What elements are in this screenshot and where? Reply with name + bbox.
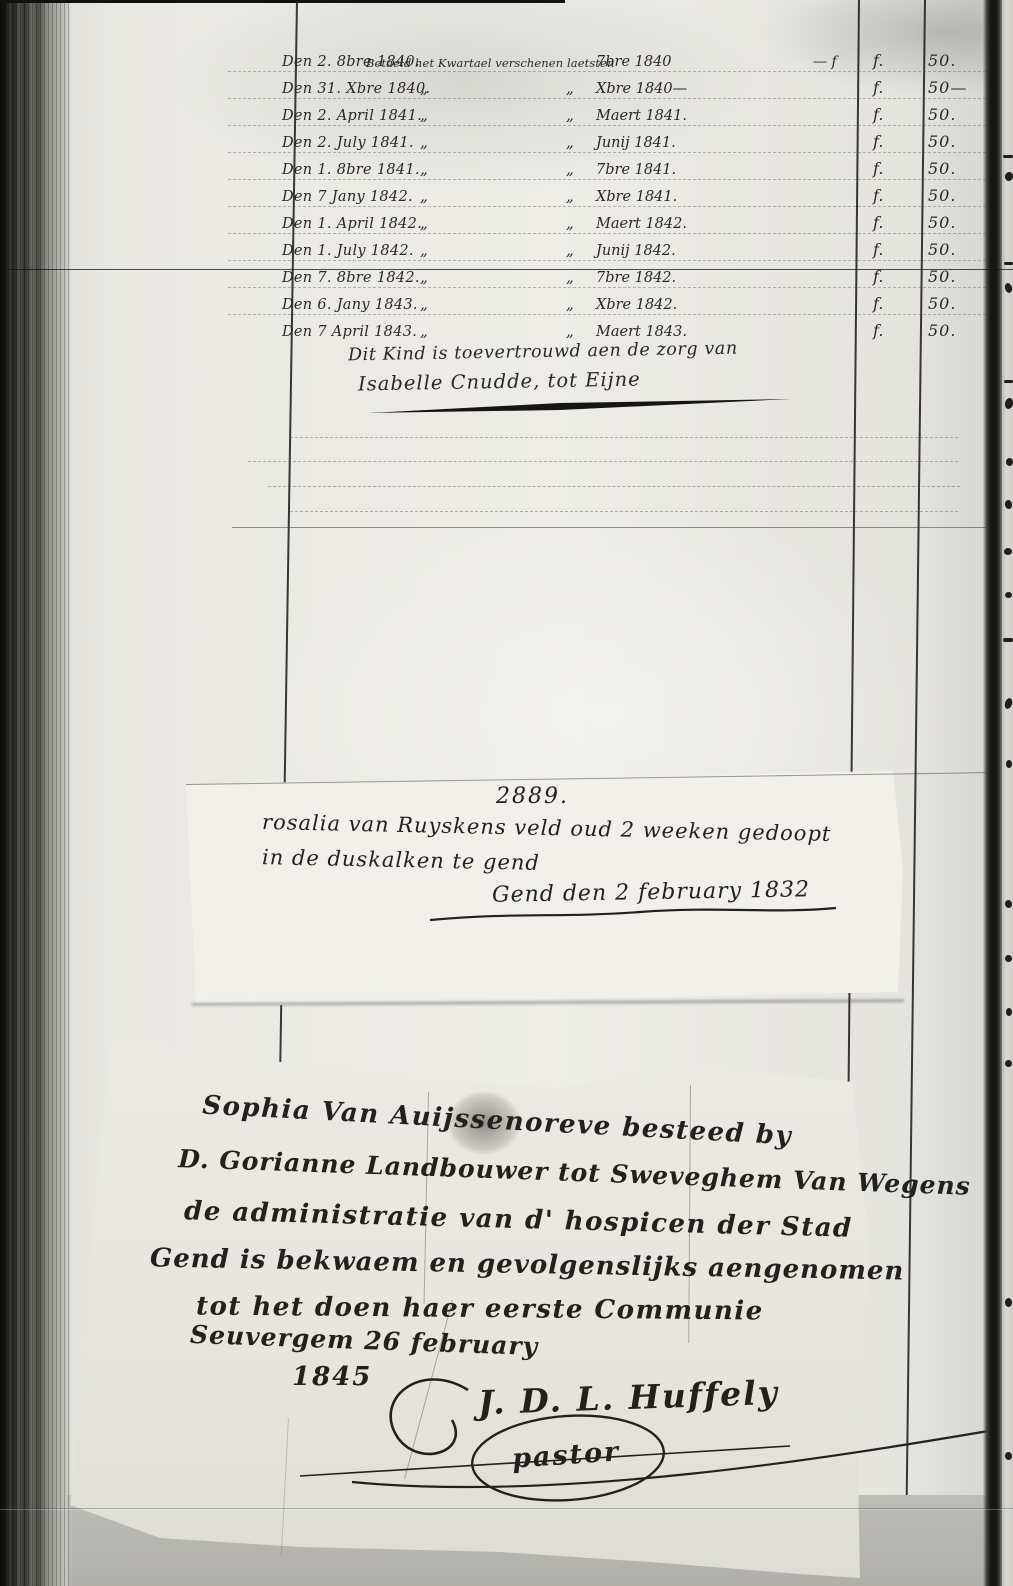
ledger-row: Den 2. April 1841. „ „ Maert 1841. f. 50… (228, 98, 986, 126)
ruled-line (290, 437, 958, 438)
ledger-row: Den 7 Jany 1842. „ „ Xbre 1841. f. 50. (228, 179, 986, 207)
edge-fragment (1006, 458, 1013, 466)
row-quarter: Xbre 1841. (596, 189, 677, 205)
edge-fragment (1003, 638, 1013, 642)
ditto-mark: „ (566, 79, 574, 97)
ditto-mark: „ (566, 160, 574, 178)
ditto-mark: „ (566, 133, 574, 151)
ditto-mark: „ (420, 214, 428, 232)
ruled-line (268, 486, 960, 487)
row-amount: 50. (928, 294, 956, 313)
currency-symbol: f. (873, 321, 883, 340)
row-amount: 50. (928, 51, 956, 70)
ditto-mark: „ (566, 241, 574, 259)
scan-top-edge (0, 0, 565, 3)
currency-symbol: f. (873, 240, 883, 259)
edge-fragment (1005, 1298, 1012, 1307)
ditto-mark: „ (566, 268, 574, 286)
ditto-mark: „ (420, 79, 428, 97)
edge-fragment (1006, 760, 1012, 768)
edge-fragment (1004, 380, 1013, 383)
ditto-mark: „ (420, 187, 428, 205)
row-amount: 50. (928, 105, 956, 124)
currency-symbol: f. (873, 105, 883, 124)
ditto-mark: „ (566, 106, 574, 124)
ditto-mark: „ (566, 214, 574, 232)
scan-artifact-band (0, 1508, 1013, 1509)
ditto-mark: „ (566, 187, 574, 205)
currency-symbol: f. (873, 78, 883, 97)
ditto-mark: „ (566, 295, 574, 313)
row-date: Den 7 April 1843. (282, 324, 417, 340)
edge-fragment (1006, 1008, 1012, 1016)
book-gutter-shadow (983, 0, 1002, 1586)
ditto-mark: „ (420, 241, 428, 259)
ledger-row: Den 7. 8bre 1842. „ „ 7bre 1842. f. 50. (228, 260, 986, 288)
currency-symbol: f. (873, 132, 883, 151)
ledger-row: Den 1. 8bre 1841. „ „ 7bre 1841. f. 50. (228, 152, 986, 180)
row-amount: 50. (928, 240, 956, 259)
currency-symbol: f. (873, 294, 883, 313)
row-quarter: Xbre 1842. (596, 297, 677, 313)
row-date: Den 1. July 1842. (282, 243, 414, 259)
guardianship-note-line1: Dit Kind is toevertrouwd aen de zorg van (348, 339, 738, 366)
row-quarter: 7bre 1841. (596, 162, 676, 178)
currency-symbol: f. (873, 186, 883, 205)
row-date: Den 31. Xbre 1840. (282, 81, 430, 97)
ledger-row: Den 2. 8bre 1840. Betaeld het Kwartael v… (228, 44, 986, 72)
edge-fragment (1005, 955, 1012, 962)
row-amount: 50. (928, 186, 956, 205)
row-date: Den 1. 8bre 1841. (282, 162, 420, 178)
ledger-row: Den 7 April 1843. „ „ Maert 1843. f. 50. (228, 314, 986, 341)
communion-year: 1845 (292, 1362, 372, 1392)
ledger-row: Den 1. April 1842. „ „ Maert 1842. f. 50… (228, 206, 986, 234)
row-amount: 50. (928, 321, 956, 340)
row-quarter: 7bre 1842. (596, 270, 676, 286)
row-quarter: Junij 1842. (596, 243, 676, 259)
row-amount: 50— (928, 78, 967, 97)
currency-symbol: f. (873, 159, 883, 178)
row-amount: 50. (928, 159, 956, 178)
row-quarter: 7bre 1840 (596, 54, 672, 70)
row-quarter: Xbre 1840— (596, 81, 687, 97)
row-quarter: Maert 1842. (596, 216, 687, 232)
row-date: Den 6. Jany 1843. (282, 297, 418, 313)
row-quarter: Junij 1841. (596, 135, 676, 151)
currency-symbol: f. (873, 51, 883, 70)
next-page-edge (1002, 0, 1013, 1586)
ditto-mark: „ (420, 295, 428, 313)
scanned-ledger-page: Den 2. 8bre 1840. Betaeld het Kwartael v… (0, 0, 1013, 1586)
row-dash: — f (813, 54, 837, 70)
ledger-row: Den 6. Jany 1843. „ „ Xbre 1842. f. 50. (228, 287, 986, 315)
ditto-mark: „ (420, 322, 428, 340)
communion-line-5: tot het doen haer eerste Communie (196, 1292, 764, 1327)
row-date: Den 7 Jany 1842. (282, 189, 413, 205)
guardianship-note-line2: Isabelle Cnudde, tot Eijne (358, 368, 641, 396)
row-description: Betaeld het Kwartael verschenen laetsten (366, 56, 614, 70)
row-quarter: Maert 1841. (596, 108, 687, 124)
ditto-mark: „ (566, 322, 574, 340)
slip-number: 2889. (496, 784, 569, 809)
ledger-row: Den 1. July 1842. „ „ Junij 1842. f. 50. (228, 233, 986, 261)
ditto-mark: „ (420, 160, 428, 178)
row-amount: 50. (928, 132, 956, 151)
ledger-row: Den 31. Xbre 1840. „ „ Xbre 1840— f. 50— (228, 71, 986, 99)
currency-symbol: f. (873, 213, 883, 232)
row-date: Den 2. July 1841. (282, 135, 414, 151)
ruled-line (248, 461, 958, 462)
edge-fragment (1005, 592, 1012, 598)
book-binding-edge (0, 0, 72, 1586)
row-quarter: Maert 1843. (596, 324, 687, 340)
row-date: Den 7. 8bre 1842. (282, 270, 420, 286)
row-amount: 50. (928, 213, 956, 232)
edge-fragment (1004, 262, 1013, 265)
divider-stroke (368, 399, 792, 413)
ruled-line (290, 511, 958, 512)
edge-fragment (1003, 155, 1013, 158)
ruled-line (232, 527, 988, 528)
ledger-row: Den 2. July 1841. „ „ Junij 1841. f. 50. (228, 125, 986, 153)
scan-artifact-line (0, 269, 1013, 270)
ditto-mark: „ (420, 133, 428, 151)
edge-fragment (1004, 548, 1012, 555)
row-date: Den 2. April 1841. (282, 108, 422, 124)
ditto-mark: „ (420, 106, 428, 124)
ditto-mark: „ (420, 268, 428, 286)
row-date: Den 1. April 1842. (282, 216, 422, 232)
